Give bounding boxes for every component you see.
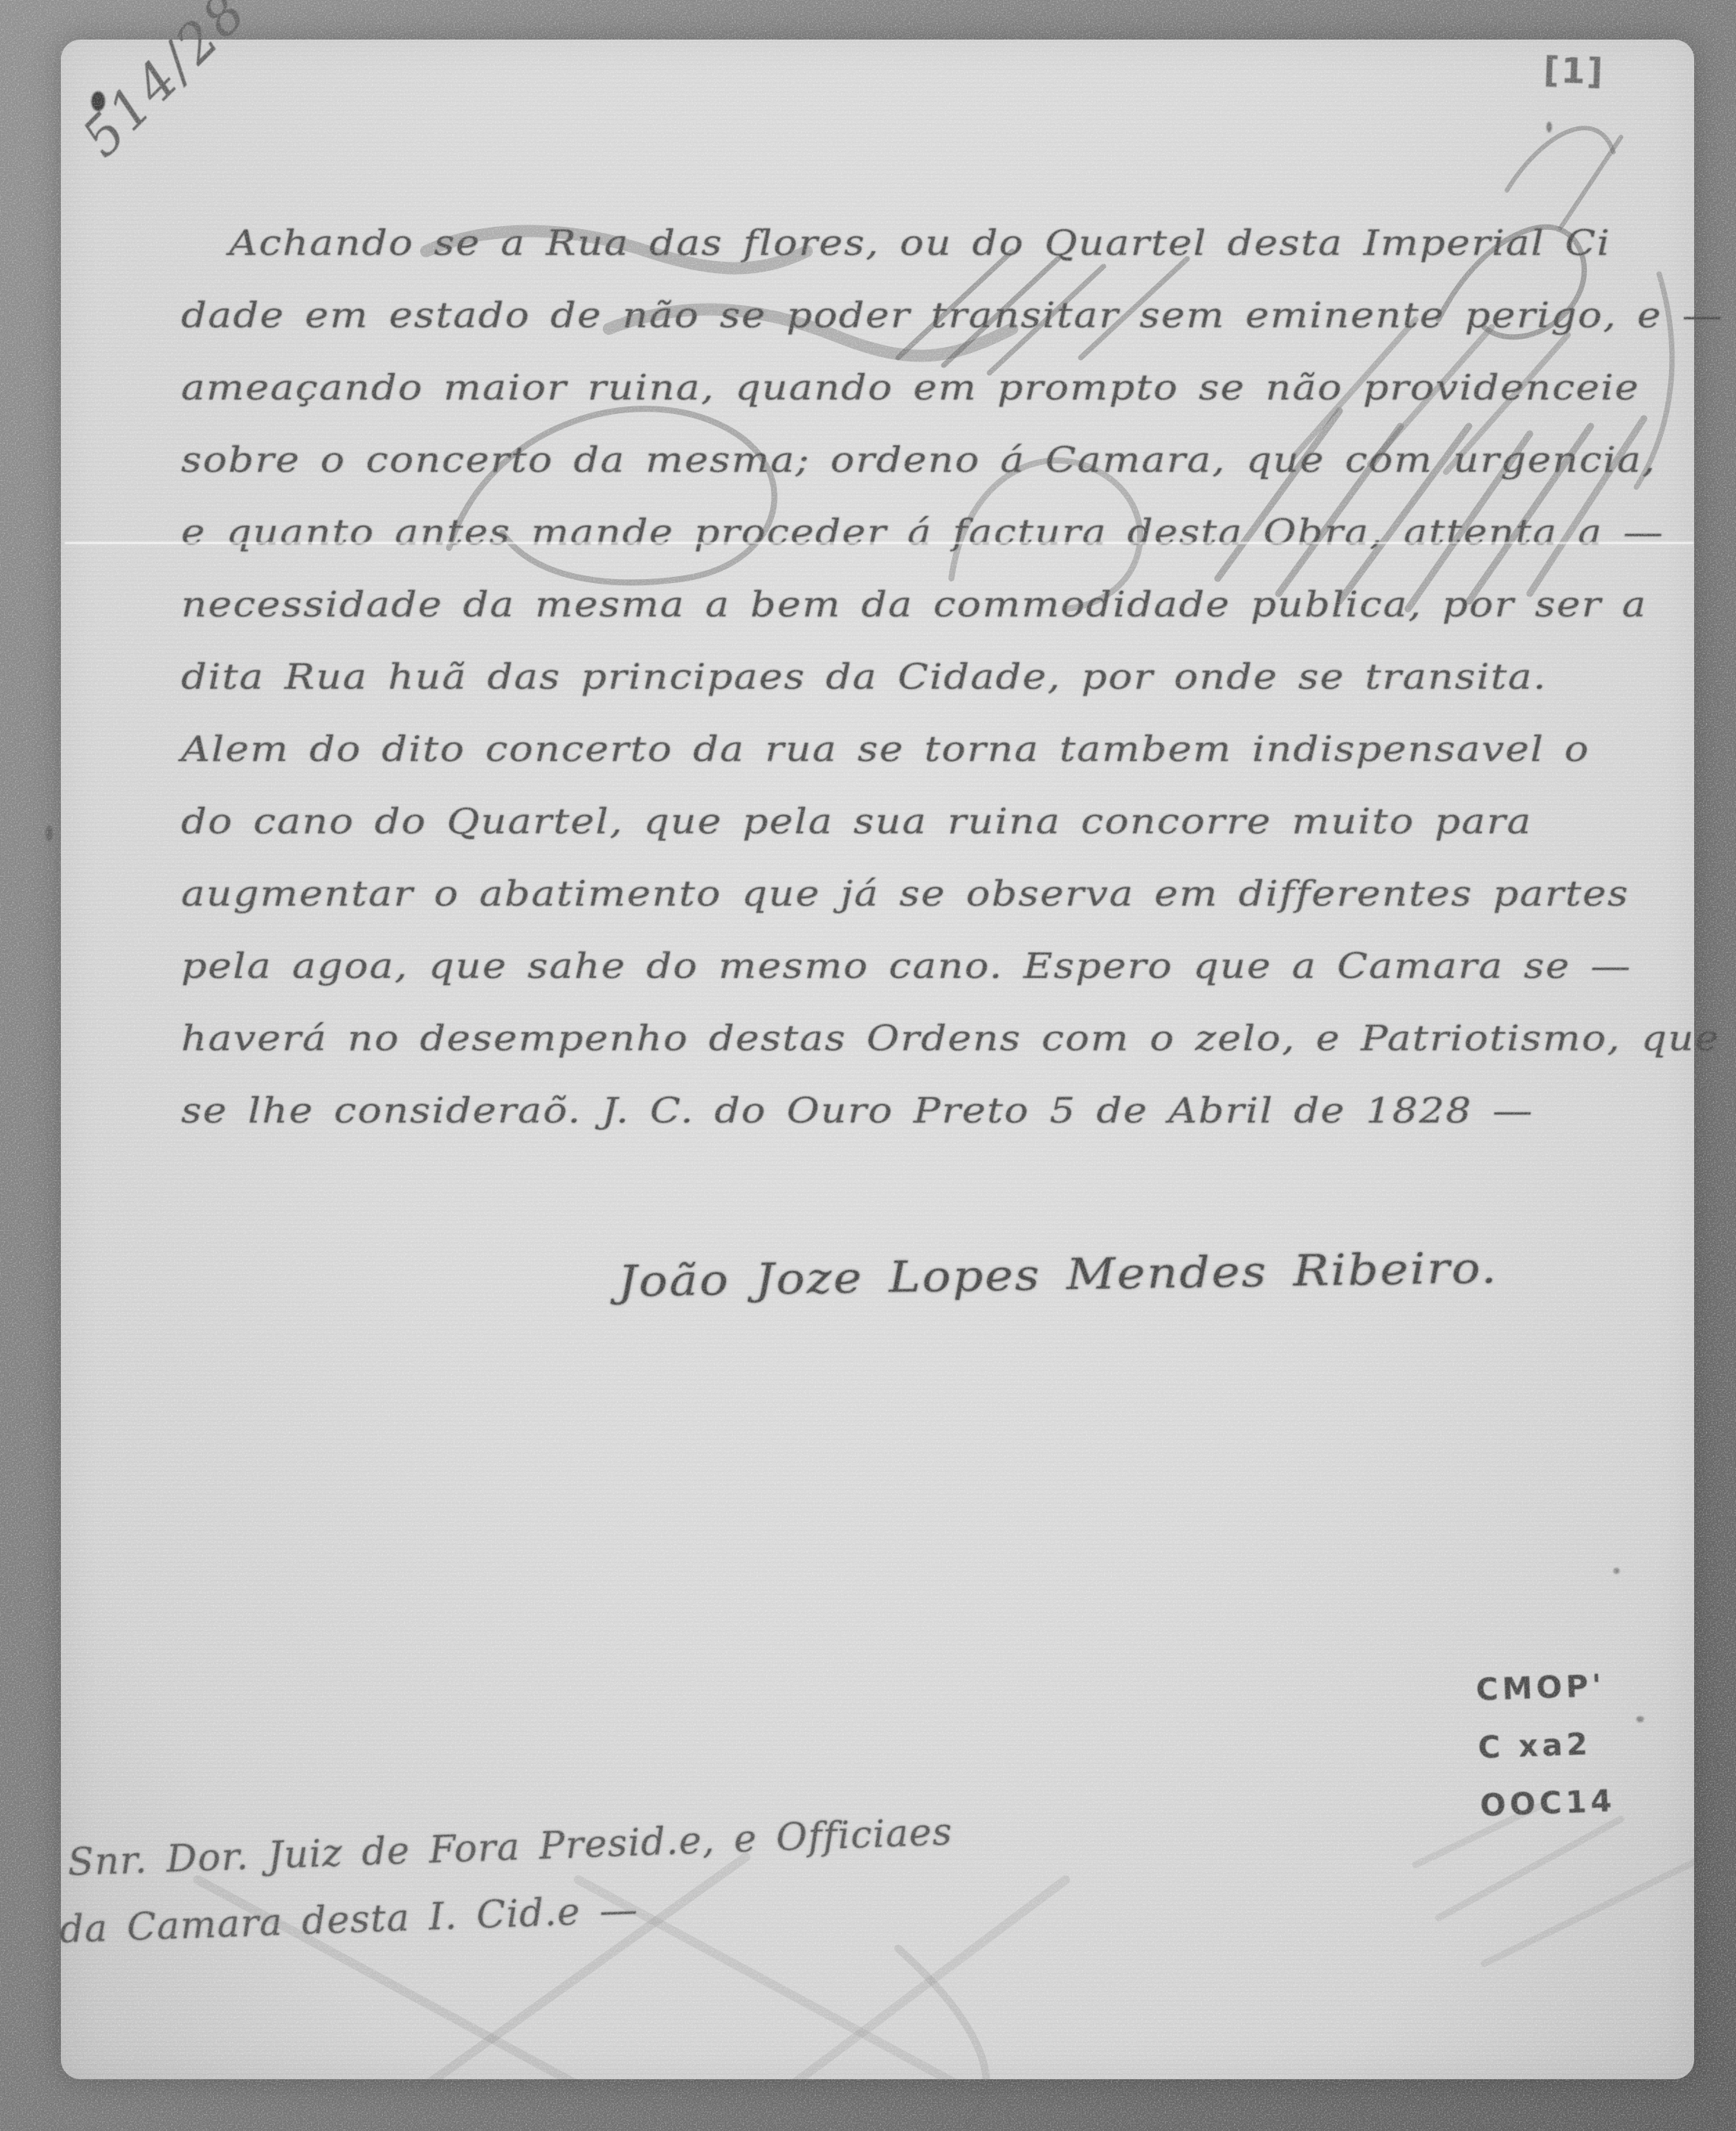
ink-speck [91,91,105,111]
letter-line: Achando se a Rua das flores, ou do Quart… [181,222,1736,295]
archive-stamp-line: OOC14 [1479,1773,1617,1835]
scanned-document: 514/28 [1] Achando se a Rua das flores, … [0,0,1736,2131]
ink-speck [1613,1568,1620,1574]
letter-body: Achando se a Rua das flores, ou do Quart… [181,222,1696,1162]
letter-line: pela agoa, que sahe do mesmo cano. Esper… [181,945,1736,1018]
archive-stamp-line: C xa2 [1477,1715,1615,1777]
letter-line: ameaçando maior ruina, quando em prompto… [181,367,1736,439]
letter-line: haverá no desempenho destas Ordens com o… [181,1018,1736,1090]
ink-speck [1636,1716,1644,1722]
letter-line: e quanto antes mande proceder á factura … [181,511,1736,584]
letter-line: augmentar o abatimento que já se observa… [181,873,1736,945]
letter-line: do cano do Quartel, que pela sua ruina c… [181,801,1736,873]
ink-speck [1546,122,1552,132]
ink-speck [46,826,53,841]
archive-stamp-line: CMOP' [1475,1657,1613,1719]
scan-scratch-line [65,542,1693,544]
page-number-marker: [1] [1543,49,1605,93]
letter-line: dita Rua huã das principaes da Cidade, p… [181,656,1736,728]
letter-line: sobre o concerto da mesma; ordeno á Cama… [181,439,1736,511]
letter-line: dade em estado de não se poder transitar… [181,295,1736,367]
letter-line: se lhe consideraõ. J. C. do Ouro Preto 5… [181,1090,1736,1162]
letter-line: Alem do dito concerto da rua se torna ta… [181,728,1736,801]
archive-stamp: CMOP' C xa2 OOC14 [1475,1657,1617,1835]
letter-line: necessidade da mesma a bem da commodidad… [181,584,1736,656]
